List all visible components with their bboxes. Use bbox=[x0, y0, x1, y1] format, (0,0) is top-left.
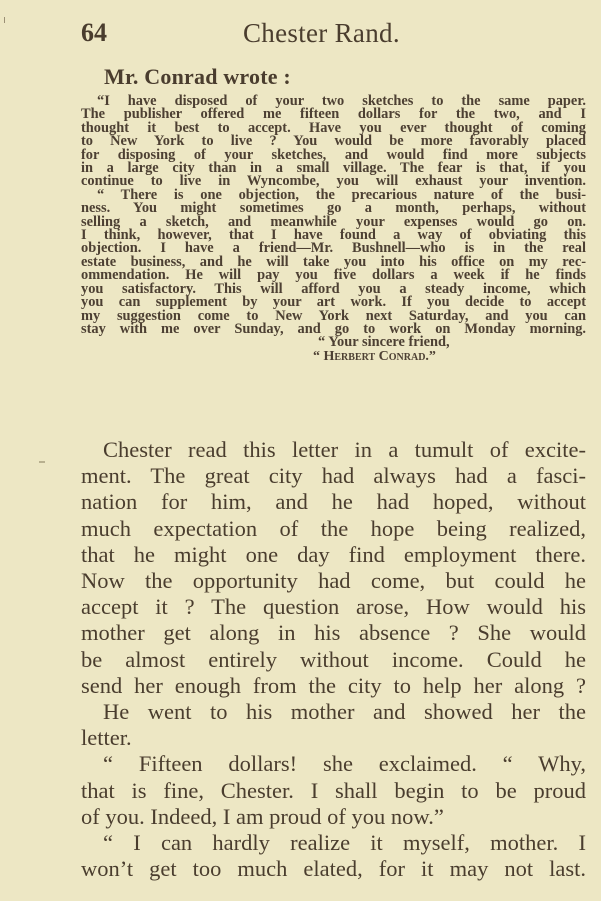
body-line: mother get along in his absence ? She wo… bbox=[81, 620, 586, 646]
body-line: “ Fifteen dollars! she exclaimed. “ Why, bbox=[81, 751, 586, 777]
narrative-text: Chester read this letter in a tumult of … bbox=[81, 437, 586, 882]
letter-block: “I have disposed of your two sketches to… bbox=[81, 95, 586, 363]
body-line: of you. Indeed, I am proud of you now.” bbox=[81, 804, 586, 830]
body-line: ment. The great city had always had a fa… bbox=[81, 463, 586, 489]
page-number: 64 bbox=[81, 18, 107, 48]
body-line: He went to his mother and showed her the bbox=[81, 699, 586, 725]
body-line: accept it ? The question arose, How woul… bbox=[81, 594, 586, 620]
body-line: much expectation of the hope being reali… bbox=[81, 516, 586, 542]
body-line: won’t get too much elated, for it may no… bbox=[81, 856, 586, 882]
body-line: be almost entirely without income. Could… bbox=[81, 647, 586, 673]
scan-margin-mark bbox=[4, 17, 5, 23]
body-line: Now the opportunity had come, but could … bbox=[81, 568, 586, 594]
letter-intro: Mr. Conrad wrote : bbox=[104, 64, 291, 90]
body-line: “ I can hardly realize it myself, mother… bbox=[81, 830, 586, 856]
body-line: that he might one day find employment th… bbox=[81, 542, 586, 568]
body-line: that is fine, Chester. I shall begin to … bbox=[81, 778, 586, 804]
letter-signature: “ Herbert Conrad.” bbox=[81, 350, 586, 363]
body-line: nation for him, and he had hoped, withou… bbox=[81, 489, 586, 515]
letter-closing: “ Your sincere friend, bbox=[81, 336, 586, 349]
body-line: Chester read this letter in a tumult of … bbox=[81, 437, 586, 463]
running-title: Chester Rand. bbox=[243, 18, 400, 49]
scan-margin-dash bbox=[39, 461, 45, 463]
page-header: 64 Chester Rand. bbox=[81, 18, 581, 50]
body-line: send her enough from the city to help he… bbox=[81, 673, 586, 699]
body-line: letter. bbox=[81, 725, 586, 751]
